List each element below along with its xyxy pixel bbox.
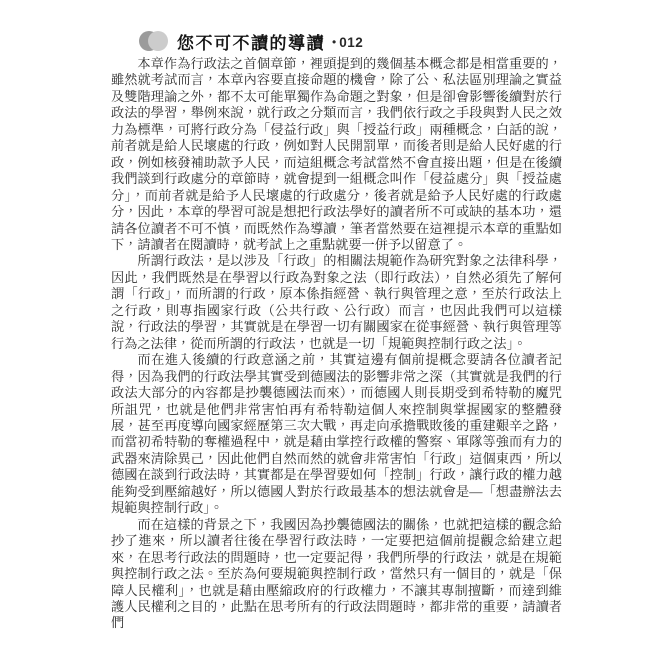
paragraph-4: 而在這樣的背景之下，我國因為抄襲德國法的關係，也就把這樣的觀念給抄了進來，所以讀… <box>111 517 562 632</box>
paragraph-1: 本章作為行政法之首個章節，裡頭提到的幾個基本概念都是相當重要的，雖然就考試而言，… <box>111 56 562 253</box>
moon-circle-front <box>148 31 168 51</box>
book-page: 您不可不讀的導讀 • 012 本章作為行政法之首個章節，裡頭提到的幾個基本概念都… <box>0 0 657 657</box>
header-separator-dot: • <box>332 35 336 49</box>
header-title: 您不可不讀的導讀 <box>177 29 325 54</box>
page-number: 012 <box>339 35 363 50</box>
body-text: 本章作為行政法之首個章節，裡頭提到的幾個基本概念都是相當重要的，雖然就考試而言，… <box>111 56 562 632</box>
moon-circles-icon <box>139 30 170 52</box>
paragraph-2: 所謂行政法，是以涉及「行政」的相關法規範作為研究對象之法律科學，因此，我們既然是… <box>111 253 562 352</box>
paragraph-3: 而在進入後續的行政意涵之前，其實這邊有個前提概念要請各位讀者記得，因為我們的行政… <box>111 352 562 517</box>
chapter-header: 您不可不讀的導讀 • 012 <box>139 27 363 55</box>
